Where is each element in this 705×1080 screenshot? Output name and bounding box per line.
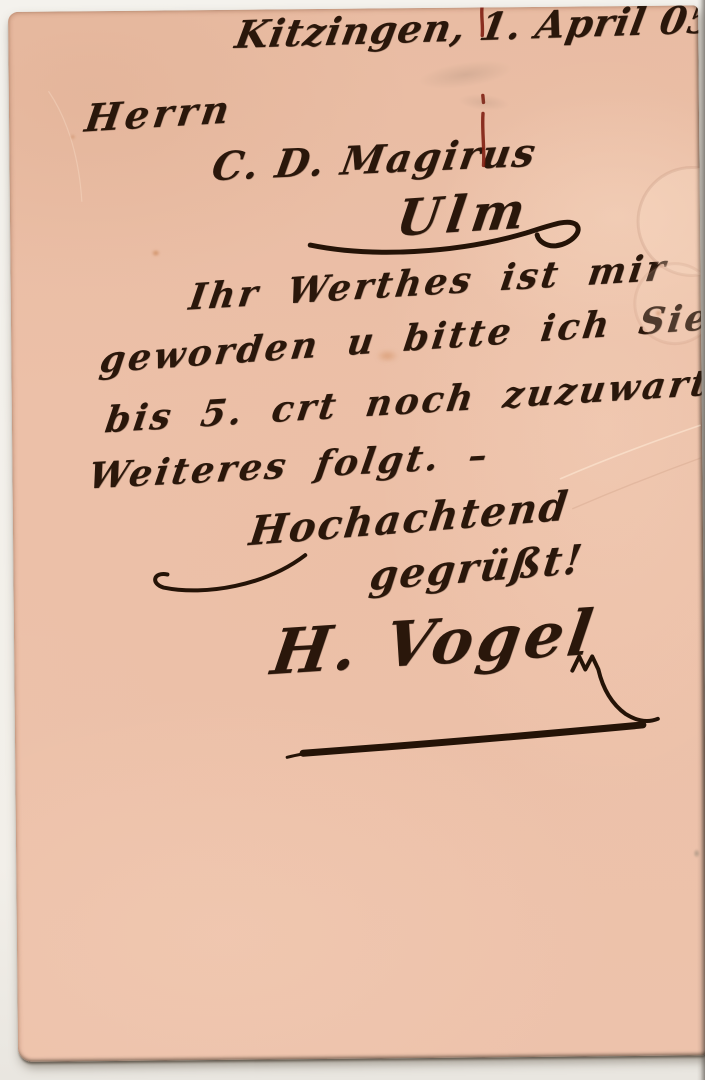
foxing-spot xyxy=(150,249,161,258)
hochachtend-swash xyxy=(155,555,306,591)
recipient-salutation: Herrn xyxy=(82,86,236,141)
pencil-smudge xyxy=(399,48,533,101)
signature: H. Vogel xyxy=(267,595,601,689)
foxing-spot xyxy=(69,133,76,140)
date-line: Kitzingen, 1. April 05 xyxy=(232,5,705,57)
closing-line-2: gegrüßt! xyxy=(367,536,587,601)
signature-underline-flourish xyxy=(303,725,643,753)
signature-underline-tip xyxy=(287,754,301,757)
scan-edge-shadow xyxy=(697,0,705,1080)
postcard: Kitzingen, 1. April 05 Herrn C. D. Magir… xyxy=(8,5,705,1062)
pencil-smudge xyxy=(448,88,520,117)
recipient-name: C. D. Magirus xyxy=(209,130,541,191)
body-line-4: Weiteres folgt. – xyxy=(86,434,493,498)
recipient-city: Ulm xyxy=(393,180,535,248)
scan-background: Kitzingen, 1. April 05 Herrn C. D. Magir… xyxy=(0,0,705,1080)
